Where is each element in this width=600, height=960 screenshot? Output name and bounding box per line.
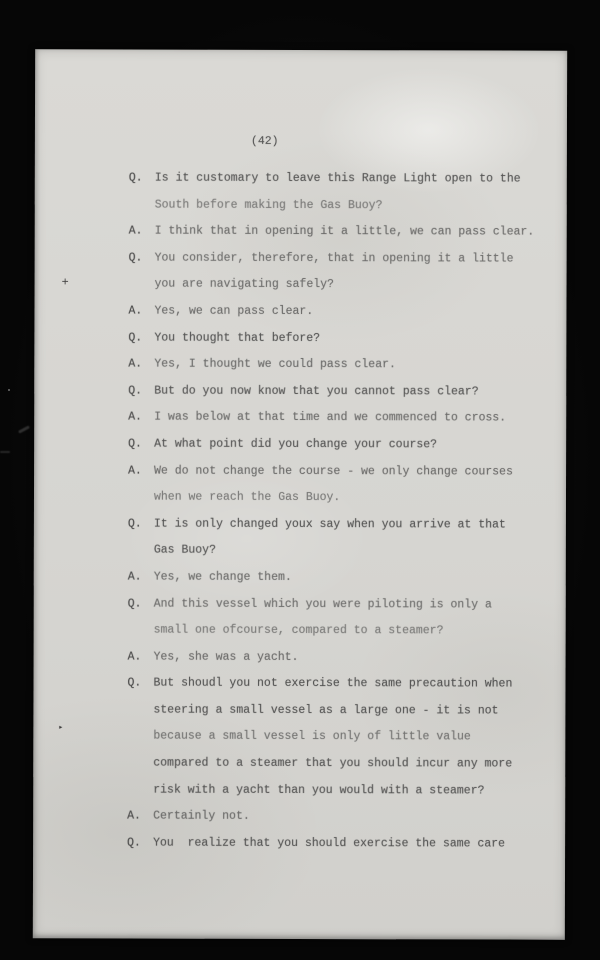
qa-line: you are navigating safely? (155, 272, 567, 300)
transcript: Q. Is it customary to leave this Range L… (33, 165, 567, 858)
speaker-label: Q. (129, 166, 155, 193)
scratch-mark (18, 425, 30, 433)
qa-entry: Q. And this vessel which you were piloti… (34, 591, 566, 646)
qa-entry: Q. But shoudl you not exercise the same … (33, 671, 565, 805)
qa-lines: You realize that you should exercise the… (153, 830, 565, 858)
page-number: (42) (251, 135, 279, 148)
qa-line: Certainly not. (153, 804, 565, 832)
qa-line: I think that in opening it a little, we … (155, 219, 567, 247)
speaker-label: A. (127, 804, 153, 831)
speaker-label: A. (129, 219, 155, 246)
dust-speck (8, 389, 10, 391)
qa-lines: You thought that before? (154, 325, 566, 353)
qa-line: But shoudl you not exercise the same pre… (153, 671, 565, 699)
qa-line: small one ofcourse, compared to a steame… (154, 618, 566, 646)
qa-entry: A. I think that in opening it a little, … (35, 218, 567, 246)
speaker-label: Q. (127, 830, 153, 857)
qa-lines: At what point did you change your course… (154, 432, 566, 460)
speaker-label: A. (128, 458, 154, 485)
speaker-label: A. (128, 405, 154, 432)
qa-entry: Q. You thought that before? (34, 325, 566, 353)
qa-lines: Yes, I thought we could pass clear. (154, 352, 566, 380)
qa-lines: Yes, she was a yacht. (154, 644, 566, 672)
qa-entry: Q. But do you now know that you cannot p… (34, 378, 566, 406)
qa-line: And this vessel which you were piloting … (154, 591, 566, 619)
qa-line: compared to a steamer that you should in… (153, 751, 565, 779)
speaker-label: Q. (128, 378, 154, 405)
qa-line: South before making the Gas Buoy? (155, 192, 567, 220)
qa-lines: We do not change the course - we only ch… (154, 458, 566, 512)
speaker-label: Q. (128, 591, 154, 618)
qa-lines: But do you now know that you cannot pass… (154, 378, 566, 406)
qa-line: Yes, we change them. (154, 565, 566, 593)
qa-entry: A. Yes, she was a yacht. (34, 644, 566, 672)
qa-entry: A. Certainly not. (33, 804, 565, 832)
qa-entry: Q. It is only changed youx say when you … (34, 511, 566, 566)
qa-entry: Q. You realize that you should exercise … (33, 830, 565, 858)
qa-entry: A. Yes, we can pass clear. (34, 298, 566, 326)
document-page: (42) + ▸ Q. Is it customary to leave thi… (33, 49, 567, 939)
qa-entry: A. Yes, I thought we could pass clear. (34, 351, 566, 379)
qa-line: It is only changed youx say when you arr… (154, 511, 566, 539)
qa-entry: Q. Is it customary to leave this Range L… (35, 165, 567, 220)
speaker-label: A. (128, 564, 154, 591)
scratch-mark (0, 451, 10, 453)
qa-lines: Yes, we change them. (154, 565, 566, 593)
qa-line: But do you now know that you cannot pass… (154, 378, 566, 406)
qa-entry: A. I was below at that time and we comme… (34, 405, 566, 433)
qa-lines: You consider, therefore, that in opening… (155, 245, 567, 299)
qa-line: when we reach the Gas Buoy. (154, 485, 566, 513)
qa-line: At what point did you change your course… (154, 432, 566, 460)
qa-line: Yes, she was a yacht. (154, 644, 566, 672)
qa-lines: And this vessel which you were piloting … (154, 591, 566, 645)
qa-line: You consider, therefore, that in opening… (155, 245, 567, 273)
qa-lines: Is it customary to leave this Range Ligh… (155, 166, 567, 220)
qa-line: Is it customary to leave this Range Ligh… (155, 166, 567, 194)
qa-entry: Q. At what point did you change your cou… (34, 431, 566, 459)
speaker-label: Q. (127, 671, 153, 698)
qa-entry: A. Yes, we change them. (34, 564, 566, 592)
qa-line: I was below at that time and we commence… (154, 405, 566, 433)
qa-lines: It is only changed youx say when you arr… (154, 511, 566, 565)
qa-line: risk with a yacht than you would with a … (153, 777, 565, 805)
qa-line: You thought that before? (154, 325, 566, 353)
qa-line: We do not change the course - we only ch… (154, 458, 566, 486)
qa-lines: Yes, we can pass clear. (154, 299, 566, 327)
speaker-label: A. (128, 644, 154, 671)
speaker-label: A. (128, 299, 154, 326)
qa-line: Gas Buoy? (154, 538, 566, 566)
qa-lines: I was below at that time and we commence… (154, 405, 566, 433)
qa-line: You realize that you should exercise the… (153, 830, 565, 858)
qa-lines: But shoudl you not exercise the same pre… (153, 671, 565, 805)
speaker-label: Q. (128, 325, 154, 352)
qa-line: steering a small vessel as a large one -… (153, 697, 565, 725)
speaker-label: Q. (128, 511, 154, 538)
qa-line: because a small vessel is only of little… (153, 724, 565, 752)
qa-lines: I think that in opening it a little, we … (155, 219, 567, 247)
speaker-label: Q. (129, 245, 155, 272)
qa-lines: Certainly not. (153, 804, 565, 832)
qa-line: Yes, we can pass clear. (154, 299, 566, 327)
speaker-label: Q. (128, 431, 154, 458)
speaker-label: A. (128, 352, 154, 379)
qa-entry: Q. You consider, therefore, that in open… (35, 245, 567, 300)
qa-line: Yes, I thought we could pass clear. (154, 352, 566, 380)
scanner-background: (42) + ▸ Q. Is it customary to leave thi… (0, 0, 600, 960)
qa-entry: A. We do not change the course - we only… (34, 458, 566, 513)
